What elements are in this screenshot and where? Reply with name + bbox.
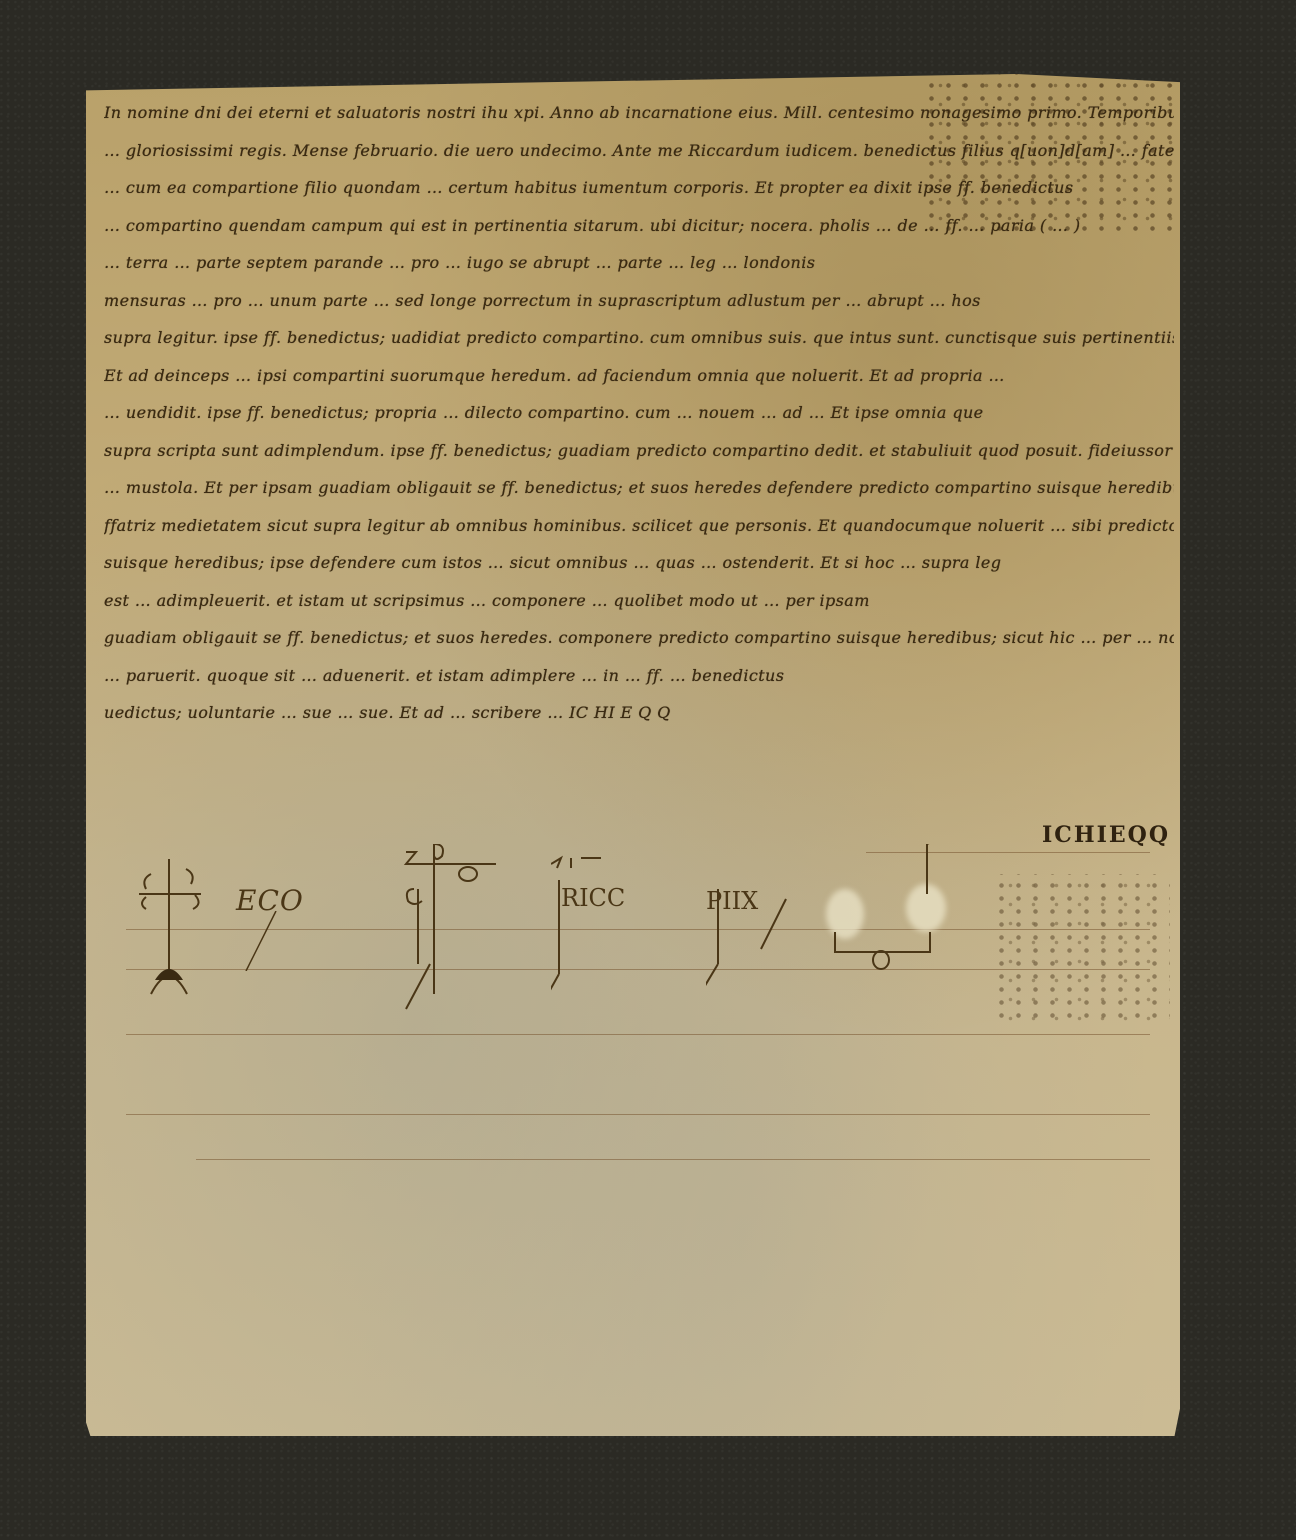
text-line: supra scripta sunt adimplendum. ipse ff.… xyxy=(104,432,1174,470)
text-line: … mustola. Et per ipsam guadiam obligaui… xyxy=(104,469,1174,507)
svg-text:RICC: RICC xyxy=(561,884,625,912)
text-line: … compartino quendam campum qui est in p… xyxy=(104,207,1174,245)
text-line: … uendidit. ipse ff. benedictus; propria… xyxy=(104,394,1174,432)
text-line: … gloriosissimi regis. Mense februario. … xyxy=(104,132,1174,170)
subscription-piix: PIIX xyxy=(706,879,816,1019)
subscription-chrismon xyxy=(396,844,496,1014)
subscription-ricc: RICC xyxy=(551,854,661,1014)
charter-text: In nomine dni dei eterni et saluatoris n… xyxy=(104,94,1174,732)
parchment-charter: In nomine dni dei eterni et saluatoris n… xyxy=(86,74,1180,1436)
text-line: est … adimpleuerit. et istam ut scripsim… xyxy=(104,582,1174,620)
text-line: mensuras … pro … unum parte … sed longe … xyxy=(104,282,1174,320)
text-line: In nomine dni dei eterni et saluatoris n… xyxy=(104,94,1174,132)
text-line: … terra … parte septem parande … pro … i… xyxy=(104,244,1174,282)
text-line: supra legitur. ipse ff. benedictus; uadi… xyxy=(104,319,1174,357)
subscriptions: ECO xyxy=(86,844,1180,1104)
subscription-eco: ECO xyxy=(236,884,304,971)
text-line: uedictus; uoluntarie … sue … sue. Et ad … xyxy=(104,694,1174,732)
text-line: guadiam obligauit se ff. benedictus; et … xyxy=(104,619,1174,657)
text-line: … paruerit. quoque sit … aduenerit. et i… xyxy=(104,657,1174,695)
text-line: … cum ea compartione filio quondam … cer… xyxy=(104,169,1174,207)
text-line: suisque heredibus; ipse defendere cum is… xyxy=(104,544,1174,582)
ruling-line xyxy=(196,1159,1150,1160)
signum-cross-icon xyxy=(131,854,211,1004)
svg-text:PIIX: PIIX xyxy=(706,887,758,915)
text-line: Et ad deinceps … ipsi compartini suorumq… xyxy=(104,357,1174,395)
ruling-line xyxy=(126,1114,1150,1115)
text-line: ffatriz medietatem sicut supra legitur a… xyxy=(104,507,1174,545)
